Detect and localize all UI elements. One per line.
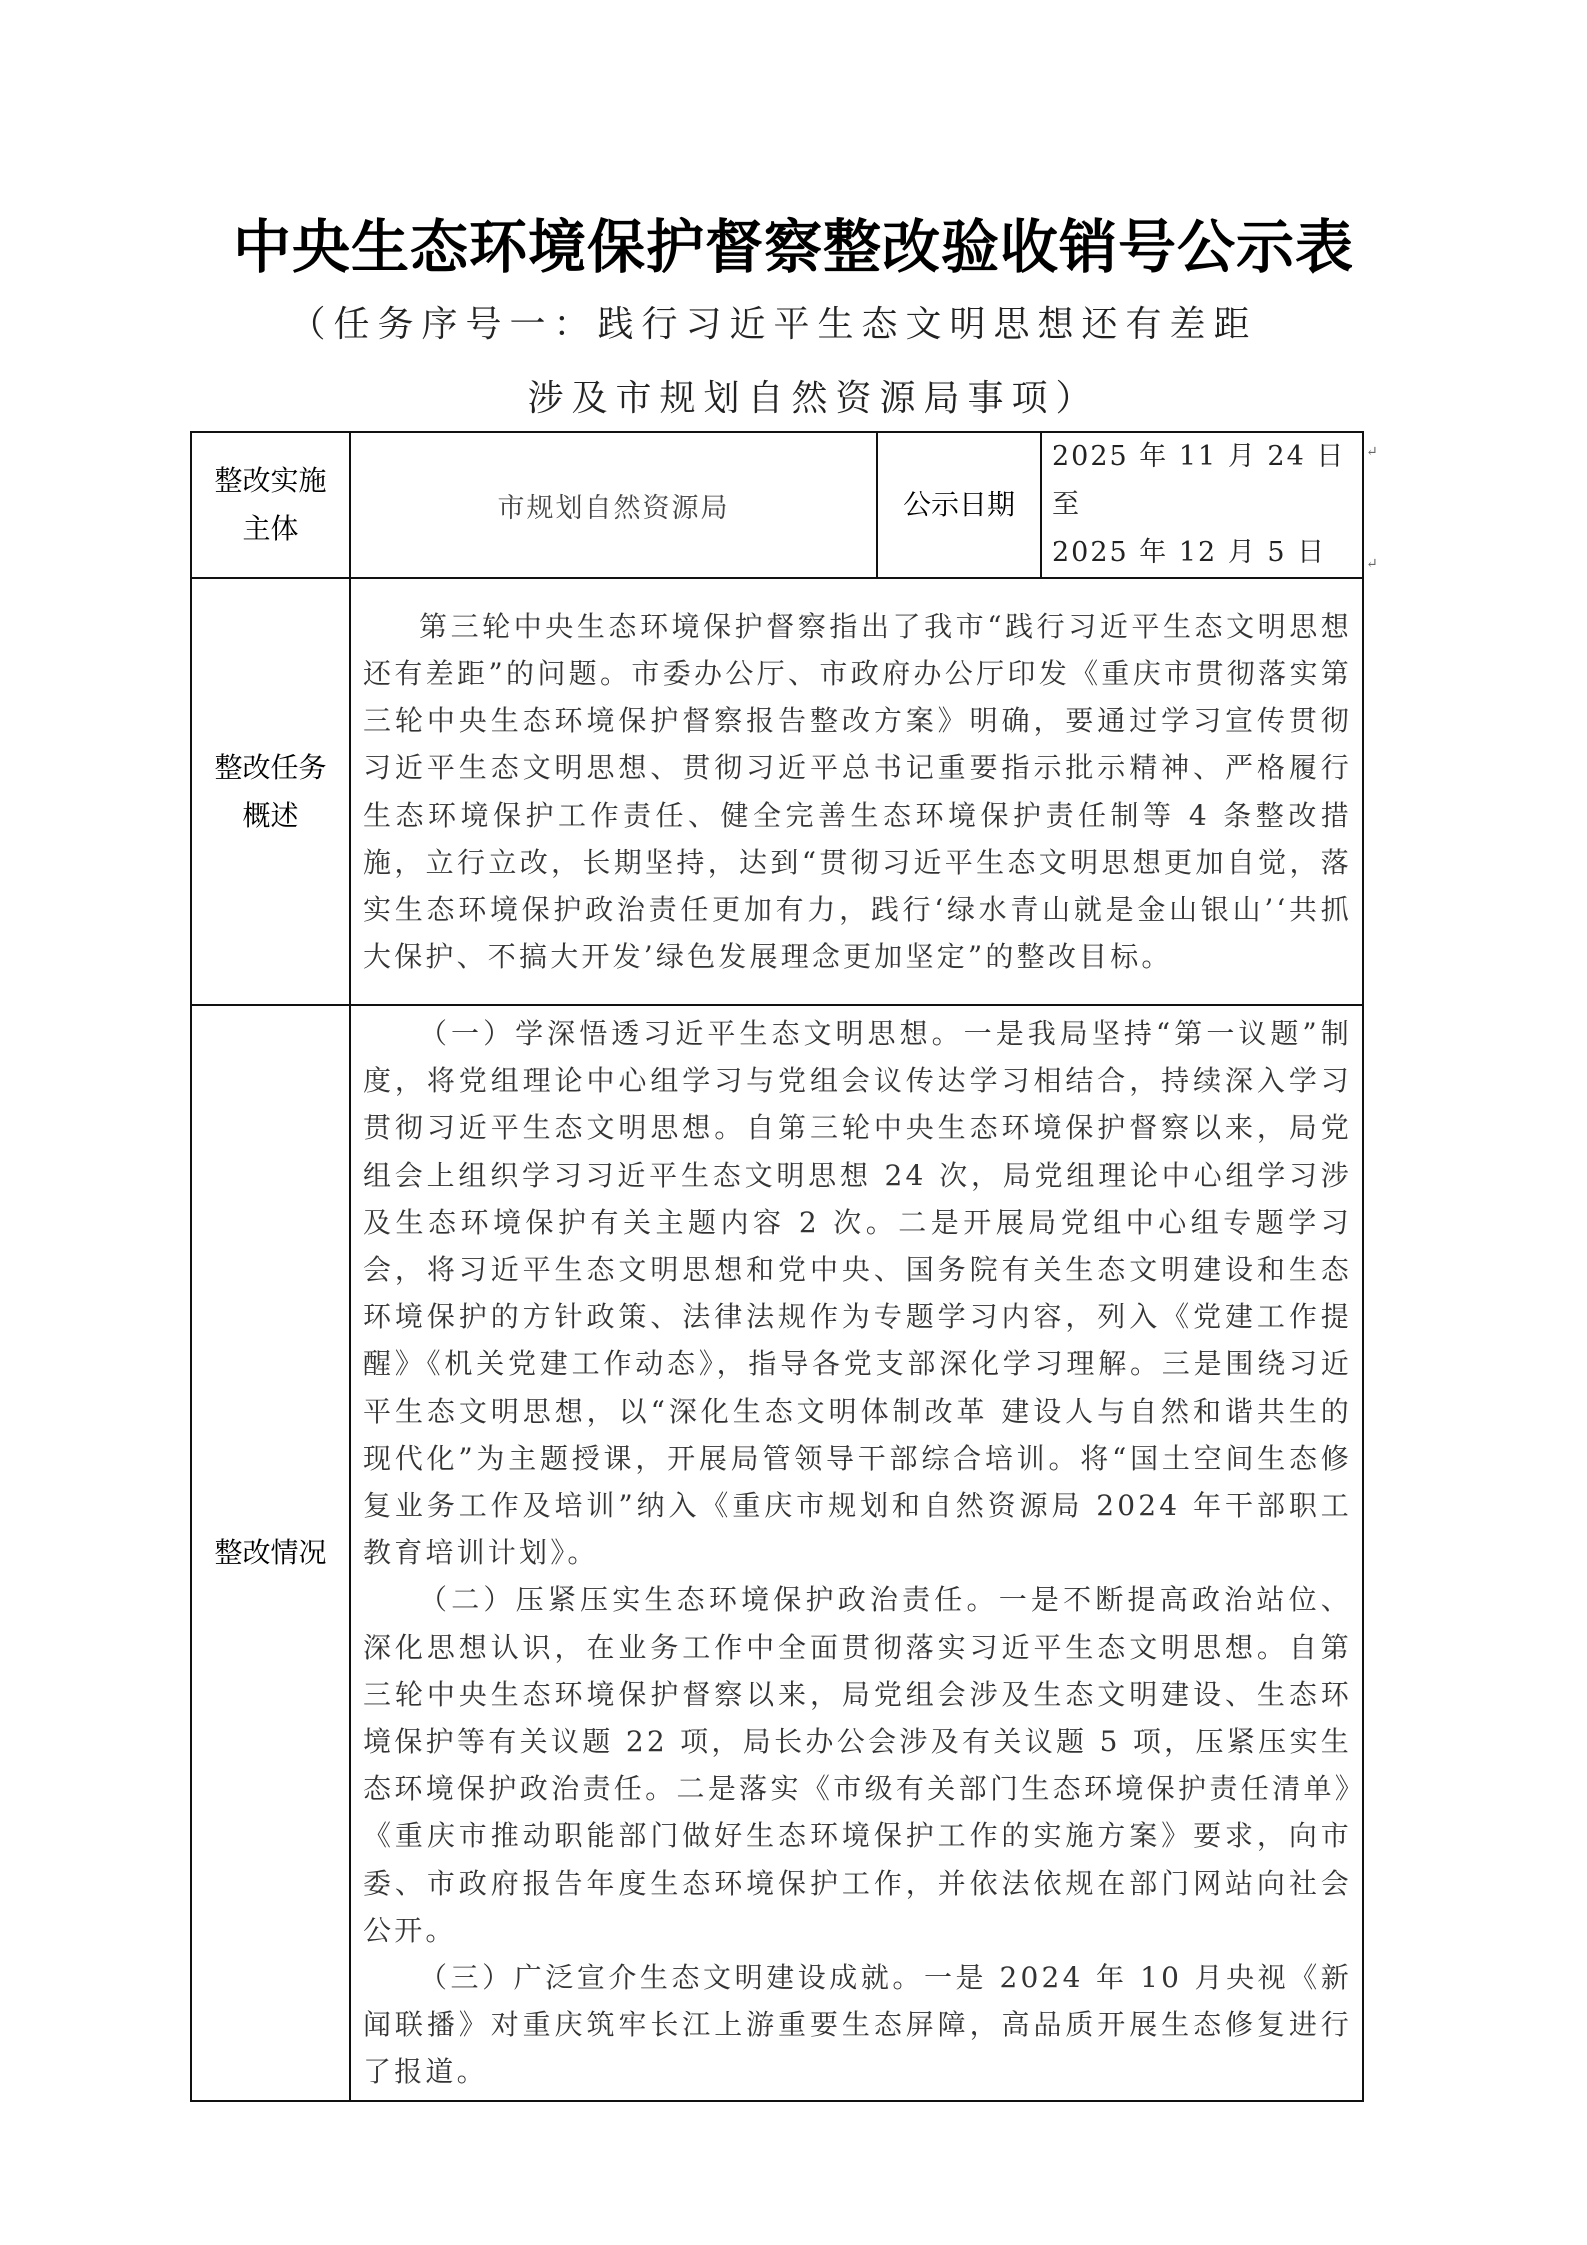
label-line: 概述: [192, 792, 349, 840]
label-task-summary: 整改任务 概述: [191, 578, 350, 1005]
status-paragraph-2: （二）压紧压实生态环境保护政治责任。一是不断提高政治站位、深化思想认识，在业务工…: [363, 1576, 1352, 1954]
table-row-task-summary: 整改任务 概述 第三轮中央生态环境保护督察指出了我市“践行习近平生态文明思想还有…: [191, 578, 1363, 1005]
table-row-rectification-status: 整改情况 （一）学深悟透习近平生态文明思想。一是我局坚持“第一议题”制度，将党组…: [191, 1005, 1363, 2101]
label-rectification-status: 整改情况: [191, 1005, 350, 2101]
table-row-entity: 整改实施 主体 市规划自然资源局 公示日期 2025 年 11 月 24 日至 …: [191, 432, 1363, 578]
date-end: 2025 年 12 月 5 日: [1052, 529, 1362, 577]
document-title: 中央生态环境保护督察整改验收销号公示表: [0, 200, 1587, 284]
document-subtitle-line1: （任务序号一：践行习近平生态文明思想还有差距: [0, 296, 1587, 347]
paragraph-mark-icon: ↵: [1366, 444, 1378, 460]
label-publication-date: 公示日期: [877, 432, 1041, 578]
paragraph-mark-icon: ↵: [1366, 556, 1378, 572]
task-summary-content: 第三轮中央生态环境保护督察指出了我市“践行习近平生态文明思想还有差距”的问题。市…: [350, 578, 1363, 1005]
rectification-status-content: （一）学深悟透习近平生态文明思想。一是我局坚持“第一议题”制度，将党组理论中心组…: [350, 1005, 1363, 2101]
entity-value: 市规划自然资源局: [350, 432, 877, 578]
label-rectification-entity: 整改实施 主体: [191, 432, 350, 578]
announcement-table: 整改实施 主体 市规划自然资源局 公示日期 2025 年 11 月 24 日至 …: [190, 431, 1364, 2102]
label-line: 整改实施: [192, 457, 349, 505]
document-subtitle-line2: 涉及市规划自然资源局事项）: [0, 370, 1587, 421]
task-summary-paragraph: 第三轮中央生态环境保护督察指出了我市“践行习近平生态文明思想还有差距”的问题。市…: [363, 603, 1352, 981]
status-paragraph-1: （一）学深悟透习近平生态文明思想。一是我局坚持“第一议题”制度，将党组理论中心组…: [363, 1010, 1352, 1576]
label-line: 整改任务: [192, 744, 349, 792]
publication-date-value: 2025 年 11 月 24 日至 2025 年 12 月 5 日: [1041, 432, 1363, 578]
status-paragraph-3: （三）广泛宣介生态文明建设成就。一是 2024 年 10 月央视《新闻联播》对重…: [363, 1954, 1352, 2096]
label-line: 主体: [192, 505, 349, 553]
date-start: 2025 年 11 月 24 日至: [1052, 433, 1362, 529]
